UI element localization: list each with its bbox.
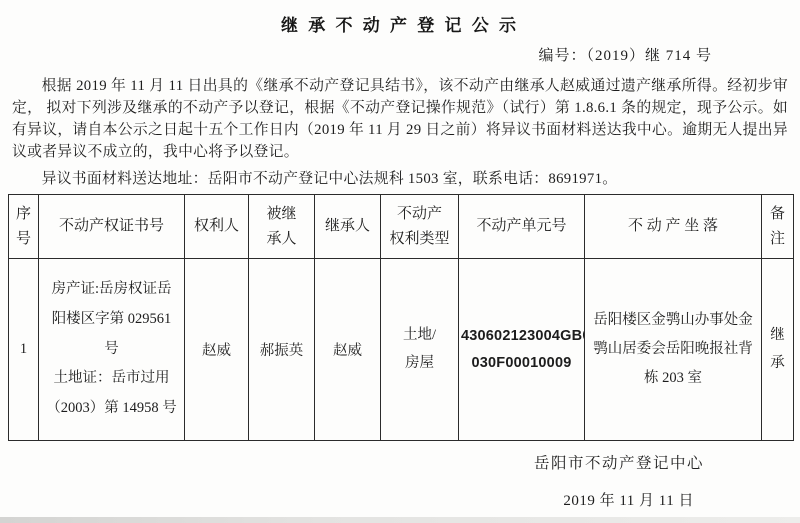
cell-heir: 赵威 (315, 259, 381, 441)
table-row: 1 房产证:岳房权证岳 阳楼区字第 029561 号 土地证：岳市过用 （200… (9, 259, 794, 441)
header-right-type: 不动产 权利类型 (381, 195, 459, 259)
cell-decedent: 郝振英 (249, 259, 315, 441)
document-number: 编号：（2019）继 714 号 (0, 46, 800, 66)
document-title: 继 承 不 动 产 登 记 公 示 (0, 14, 800, 38)
cell-right-type: 土地/ 房屋 (381, 259, 459, 441)
body-line-2: 定， 拟对下列涉及继承的不动产予以登记，根据《不动产登记操作规范》（试行）第 1… (12, 97, 788, 119)
footer-org-name: 岳阳市不动产登记中心 (0, 454, 800, 474)
cell-certificate-no: 房产证:岳房权证岳 阳楼区字第 029561 号 土地证：岳市过用 （2003）… (39, 259, 185, 441)
scan-edge-artifact (0, 517, 800, 523)
header-certificate-no: 不动产权证书号 (39, 195, 185, 259)
cell-obligee: 赵威 (185, 259, 249, 441)
cell-seq: 1 (9, 259, 39, 441)
footer-date: 2019 年 11 月 11 日 (0, 491, 800, 511)
objection-address-line: 异议书面材料送达地址：岳阳市不动产登记中心法规科 1503 室，联系电话：869… (12, 168, 788, 190)
cell-location: 岳阳楼区金鹗山办事处金 鹗山居委会岳阳晚报社背 栋 203 室 (585, 259, 762, 441)
cell-note: 继 承 (762, 259, 794, 441)
header-heir: 继承人 (315, 195, 381, 259)
cell-unit-no: 430602123004GB0 030F00010009 (459, 259, 585, 441)
header-location: 不 动 产 坐 落 (585, 195, 762, 259)
body-line-4: 议或者异议不成立的，我中心将予以登记。 (12, 141, 788, 163)
header-seq: 序 号 (9, 195, 39, 259)
body-line-1: 根据 2019 年 11 月 11 日出具的《继承不动产登记具结书》，该不动产由… (12, 75, 788, 97)
table-header-row: 序 号 不动产权证书号 权利人 被继 承人 继承人 不动产 权利类型 不动产单元… (9, 195, 794, 259)
header-note: 备 注 (762, 195, 794, 259)
header-obligee: 权利人 (185, 195, 249, 259)
header-decedent: 被继 承人 (249, 195, 315, 259)
notice-body: 根据 2019 年 11 月 11 日出具的《继承不动产登记具结书》，该不动产由… (12, 75, 788, 163)
header-unit-no: 不动产单元号 (459, 195, 585, 259)
body-line-3: 有异议，请自本公示之日起十五个工作日内（2019 年 11 月 29 日之前）将… (12, 119, 788, 141)
document-page: 继 承 不 动 产 登 记 公 示 编号：（2019）继 714 号 根据 20… (0, 0, 800, 523)
registration-table: 序 号 不动产权证书号 权利人 被继 承人 继承人 不动产 权利类型 不动产单元… (8, 194, 794, 441)
